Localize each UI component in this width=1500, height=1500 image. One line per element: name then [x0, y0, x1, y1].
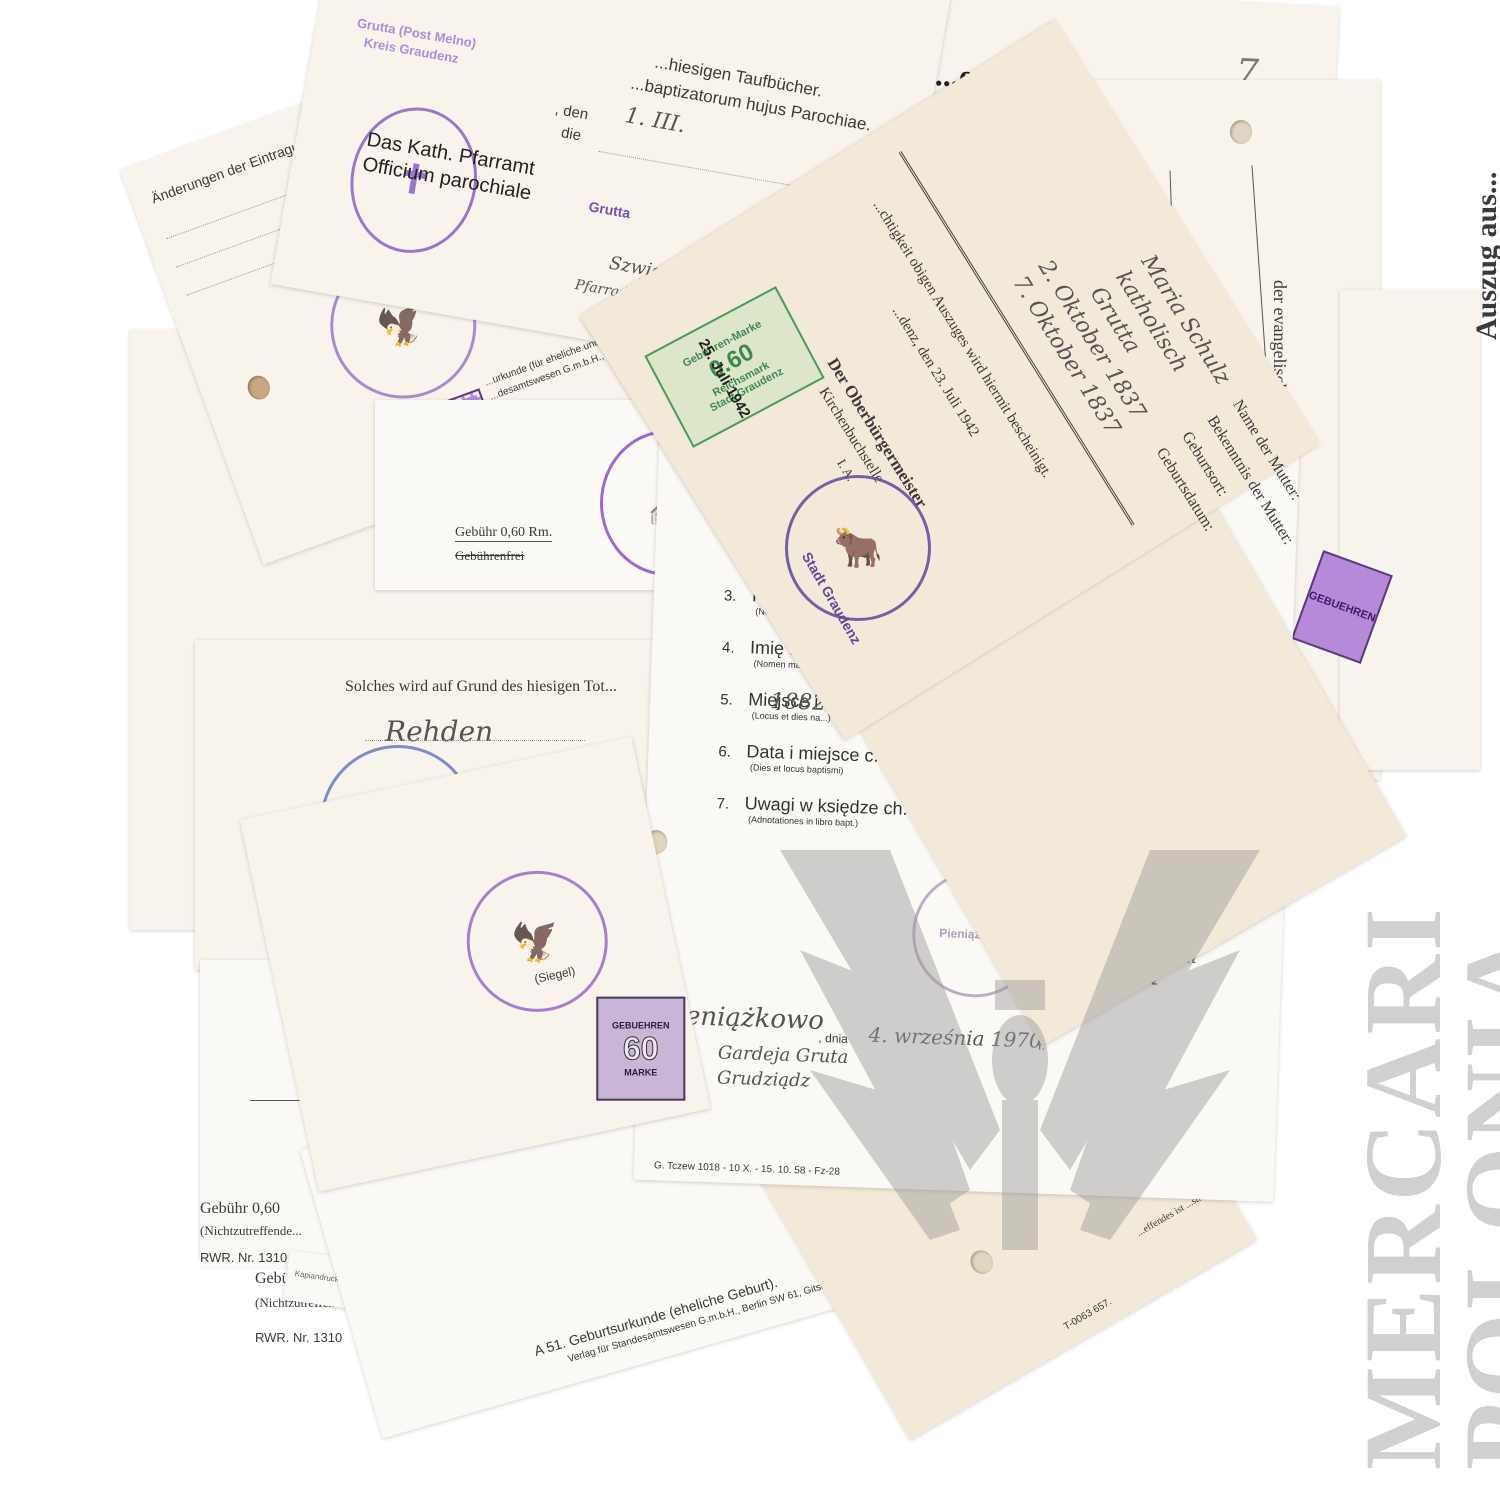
death-extract-text: Solches wird auf Grund des hiesigen Tot.…: [345, 678, 617, 696]
rwr-number: RWR. Nr. 1310: [255, 1330, 342, 1345]
fee-stamp-briesen-2: GEBUEHREN 60 MARKE: [596, 997, 685, 1101]
watermark-eagle-icon: [770, 830, 1270, 1330]
briesen-second-certificate: 🦅 (Siegel) GEBUEHREN 60 MARKE: [240, 737, 710, 1192]
death-extract-place: Rehden: [385, 715, 493, 748]
parish-date: 1. III.: [623, 103, 687, 138]
certify-text: ...chtigkeit obigen Auszuges wird hiermi…: [869, 198, 1055, 482]
seal-stadt-graudenz: 🐂: [785, 475, 931, 621]
office-place: Grutta: [588, 198, 632, 221]
eagle-icon: 🦅: [509, 917, 566, 966]
place-date: ...denz, den 23. Juli 1942: [888, 304, 982, 441]
geburtsurkunde-footer-line1: A 51. Geburtsurkunde (eheliche Geburt).: [532, 1274, 779, 1359]
punch-hole: [244, 373, 273, 403]
punch-hole: [1230, 120, 1252, 144]
auszug-title: Auszug aus...: [1470, 172, 1500, 340]
watermark-text-polonia: POLONIA: [1440, 929, 1500, 1470]
bull-head-icon: 🐂: [833, 528, 883, 568]
fee-amount: Gebühr 0,60 Rm.: [455, 525, 552, 542]
fee-struck: Gebührenfrei: [455, 548, 524, 564]
